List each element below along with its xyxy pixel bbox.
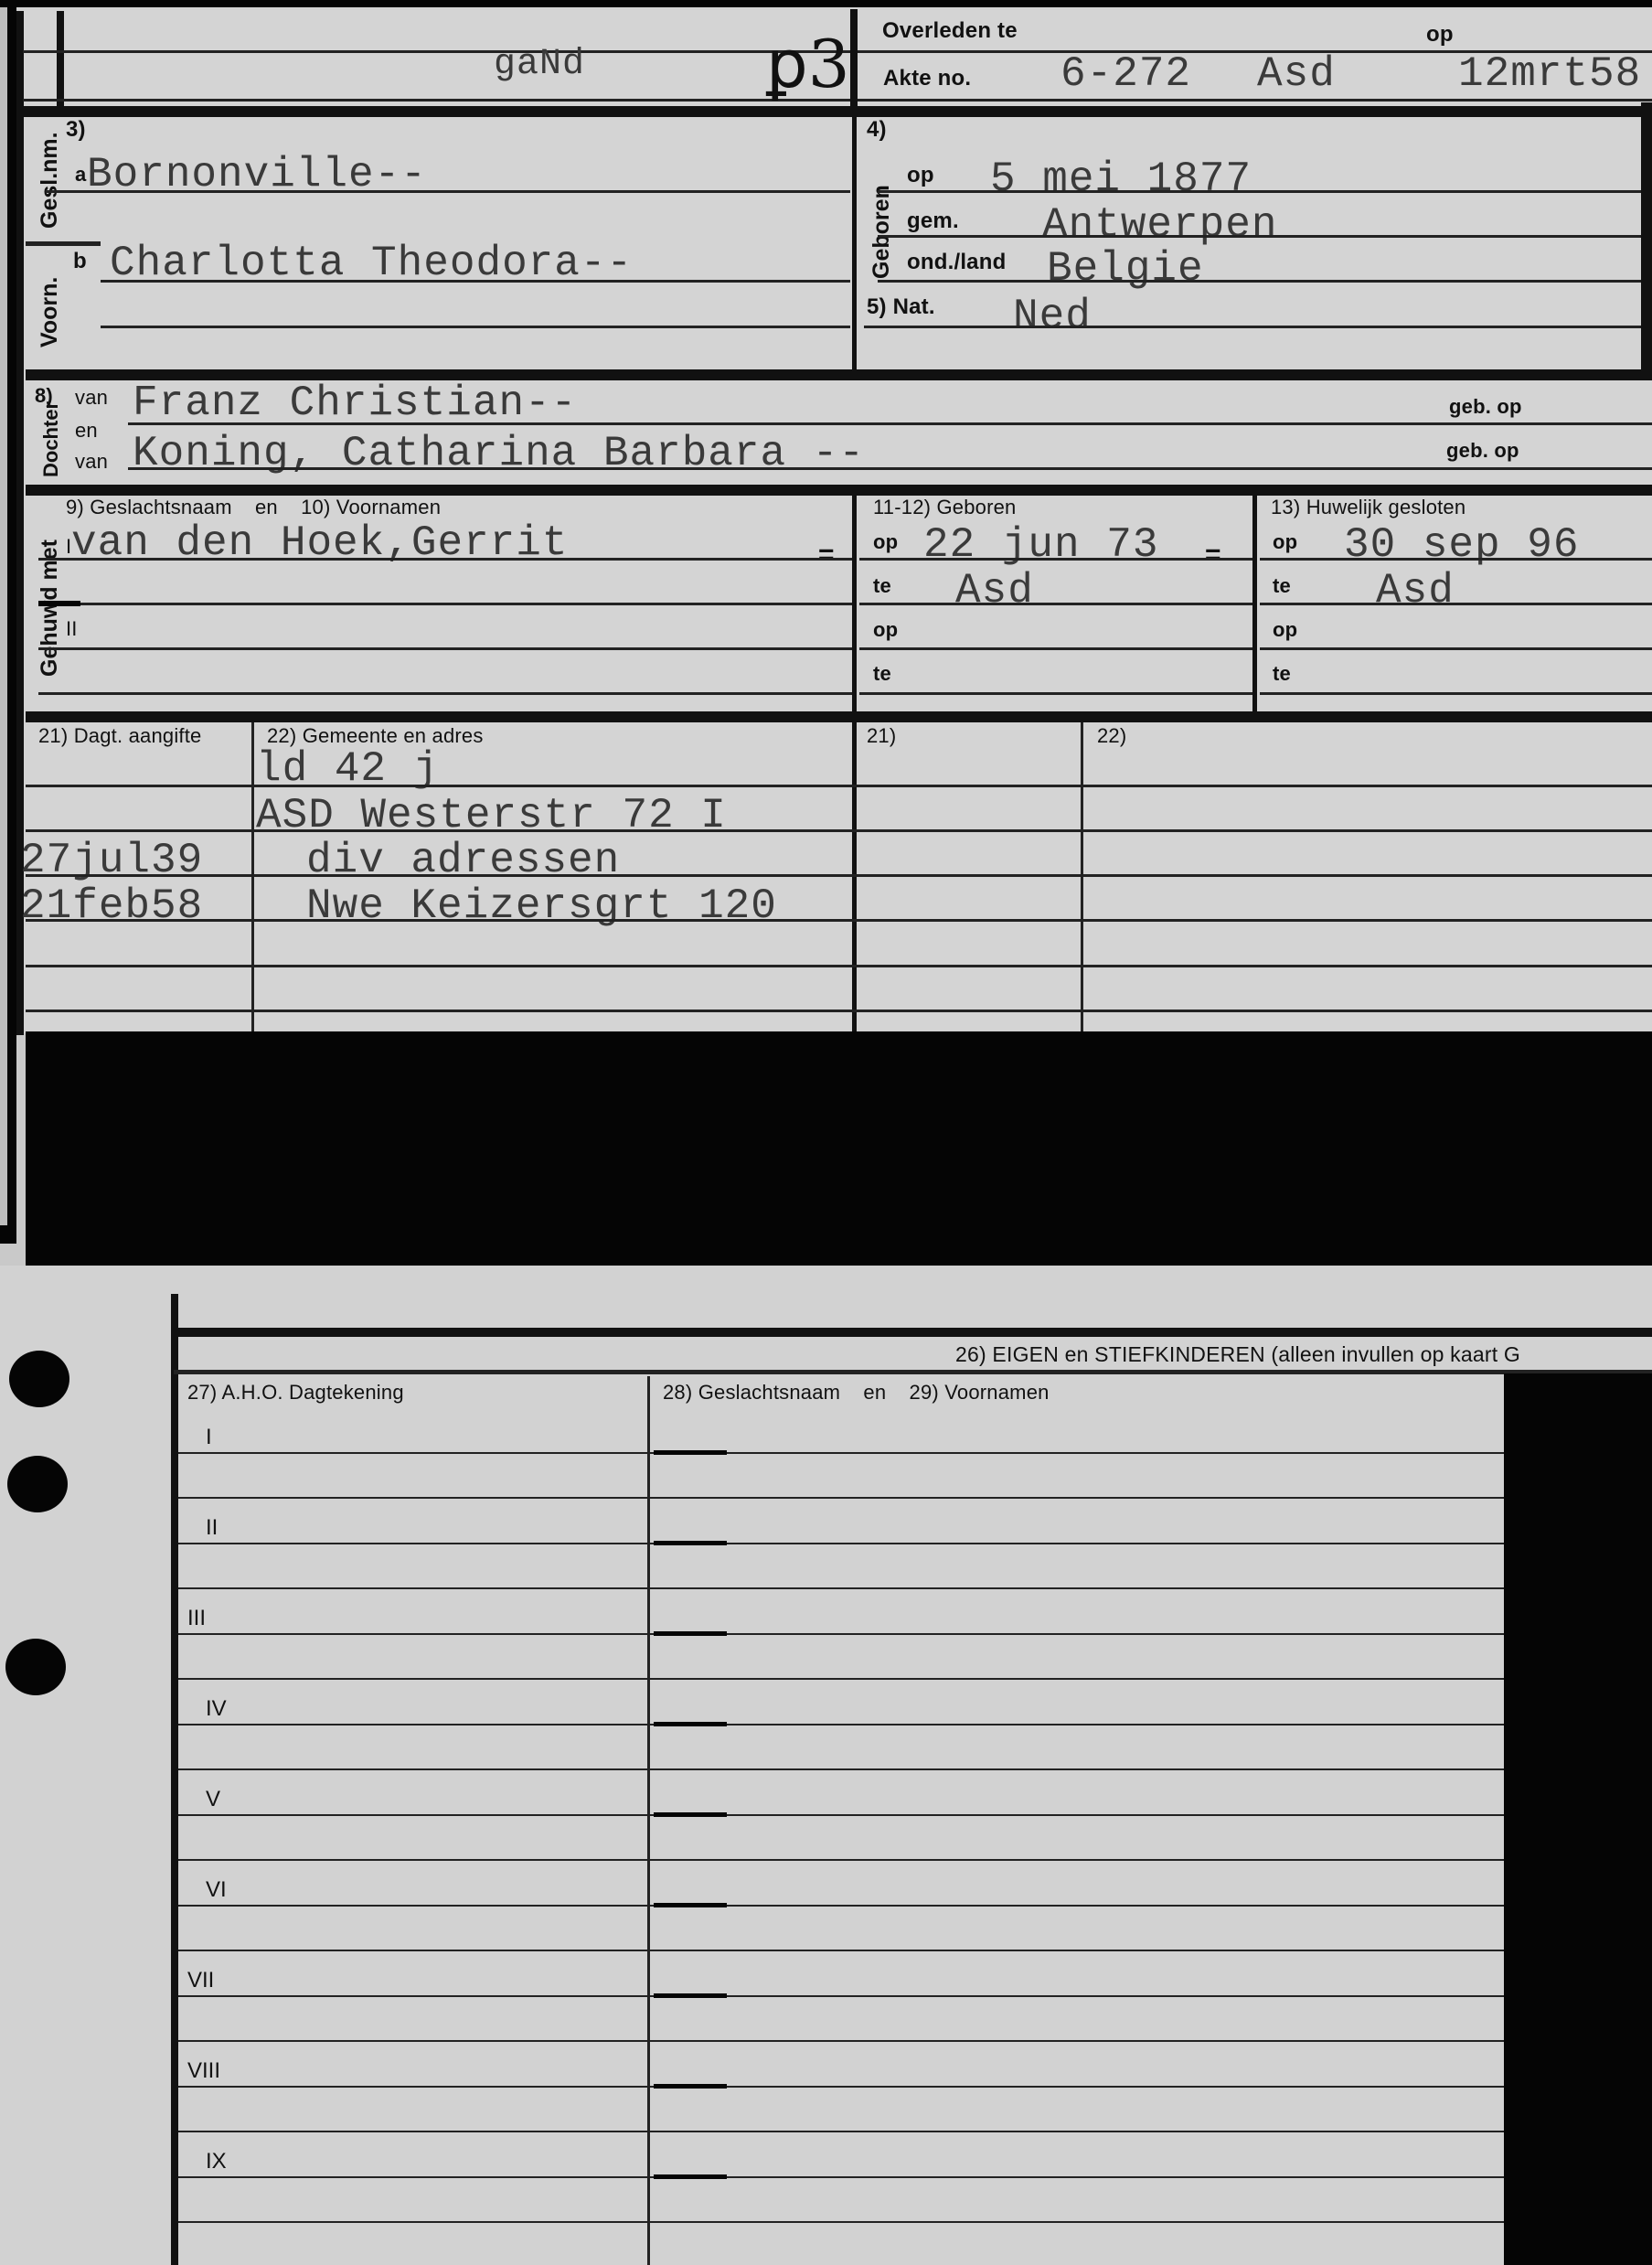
father-line — [128, 422, 1652, 425]
b-marker: b — [73, 249, 87, 274]
geb-op-label-2: geb. op — [1446, 439, 1519, 463]
person-birth-divider — [852, 113, 857, 374]
child-row-mark — [654, 1812, 727, 1817]
header-line-1 — [23, 50, 850, 53]
marriage-bottom-border — [26, 711, 1652, 722]
child-row-mark — [654, 1541, 727, 1545]
death-date: 12mrt58 — [1458, 50, 1641, 98]
spouse-birth-date: 22 jun 73 — [923, 521, 1158, 569]
birth-gem-line — [878, 235, 1641, 238]
child-row-mark — [654, 1993, 727, 1998]
surname-vertical-label: Gesl.nm. — [37, 132, 63, 229]
child-row-roman: II — [206, 1515, 218, 1541]
section-3-num: 3) — [66, 117, 86, 143]
child-row-mark — [654, 1722, 727, 1726]
firstnames-vertical-label: Voorn. — [37, 277, 63, 347]
born-op-label: op — [873, 530, 898, 554]
mother-name: Koning, Catharina Barbara -- — [133, 430, 865, 477]
child-row-line — [178, 1587, 1504, 1589]
child-row-roman: VIII — [187, 2058, 220, 2084]
spouse-birth-mark: = — [1205, 540, 1221, 571]
date-header: 21) Dagt. aangifte — [38, 724, 202, 748]
wed-te2-line — [1260, 692, 1652, 695]
handwritten-mark: ꝑ3 — [766, 26, 850, 102]
address-row-3: div adressen — [306, 837, 620, 884]
punch-hole-3 — [5, 1639, 66, 1695]
spouse-1-line — [38, 558, 852, 561]
spouse-names-header: 9) Geslachtsnaam en 10) Voornamen — [66, 496, 441, 519]
akte-number: 6-272 — [1060, 50, 1191, 98]
child-row-roman: III — [187, 1606, 206, 1631]
child-row-line — [178, 2131, 1504, 2132]
addr-line-6 — [26, 1010, 1652, 1012]
birth-date: 5 mei 1877 — [990, 155, 1252, 203]
van2-label: van — [75, 450, 108, 474]
child-row-line — [178, 1859, 1504, 1861]
mother-line — [128, 467, 1652, 470]
child-row-line — [178, 1724, 1504, 1725]
wed-te2-label: te — [1273, 662, 1291, 686]
birth-gem-label: gem. — [907, 208, 959, 234]
wed-op2-label: op — [1273, 618, 1297, 642]
child-row-line — [178, 1452, 1504, 1454]
section-8-num: 8) — [35, 384, 53, 408]
born-op2-label: op — [873, 618, 898, 642]
addr-line-2 — [26, 829, 1652, 832]
child-row-mark — [654, 2174, 727, 2179]
address-row-2: ASD Westerstr 72 I — [256, 792, 727, 839]
akte-label: Akte no. — [883, 66, 971, 91]
birth-land-line — [878, 280, 1641, 283]
child-row-roman: IV — [206, 1696, 227, 1722]
firstnames-line — [101, 280, 850, 283]
top-border — [0, 0, 1652, 7]
birth-right-border — [1641, 102, 1652, 369]
bottom-card-top-border — [174, 1328, 1652, 1337]
addr-line-1 — [26, 785, 1652, 787]
child-row-mark — [654, 1631, 727, 1636]
left-edge-light — [0, 0, 7, 1225]
overleden-label: Overleden te — [882, 18, 1018, 44]
birth-date-line — [878, 190, 1641, 193]
header-bar-mark — [57, 11, 64, 108]
person-divider — [26, 241, 101, 246]
punch-hole-2 — [7, 1456, 68, 1512]
wed-header: 13) Huwelijk gesloten — [1271, 496, 1465, 519]
geboren-vertical-label: Geboren — [869, 185, 895, 279]
father-name: Franz Christian-- — [133, 379, 577, 427]
birth-country: Belgie — [1047, 245, 1204, 293]
surname-line — [46, 190, 850, 193]
wed-op-line — [1260, 558, 1652, 561]
section-26-line — [174, 1370, 1652, 1374]
child-row-line — [178, 1814, 1504, 1816]
section-26-title: 26) EIGEN en STIEFKINDEREN (alleen invul… — [955, 1342, 1520, 1367]
spouse-2-line-2 — [38, 692, 852, 695]
born-te-label: te — [873, 574, 891, 598]
address-header-2: 22) — [1097, 724, 1126, 748]
header-bottom-border — [23, 106, 1652, 117]
birth-land-label: ond./land — [907, 250, 1006, 275]
date-header-2: 21) — [867, 724, 896, 748]
scan-gap — [26, 1031, 1652, 1266]
child-row-line — [178, 2176, 1504, 2178]
address-row-4: Nwe Keizersgrt 120 — [306, 882, 777, 930]
nationality: Ned — [1013, 293, 1092, 340]
op-label: op — [1426, 22, 1454, 48]
spouse-1-mark: = — [818, 540, 835, 571]
en-label: en — [75, 419, 98, 443]
spouse-birth-place: Asd — [955, 567, 1034, 614]
date-row-3: 27jul39 — [20, 837, 203, 884]
marriage-divider-1 — [852, 489, 857, 713]
child-row-mark — [654, 1450, 727, 1455]
child-row-line — [178, 1633, 1504, 1635]
card-code: gaNd — [494, 44, 585, 85]
bottom-card-left-border — [171, 1294, 178, 2265]
header-line-2 — [23, 99, 850, 101]
death-place: Asd — [1257, 50, 1336, 98]
child-row-line — [178, 1905, 1504, 1907]
a-marker: a — [75, 163, 86, 187]
addr-divider-3 — [1081, 722, 1083, 1033]
bottom-card — [0, 1266, 1652, 2265]
akte-line — [858, 99, 1652, 101]
header-divider — [850, 9, 858, 108]
dochter-vertical-label: Dochter — [39, 401, 63, 477]
spouse-divider-mark — [38, 601, 80, 606]
addr-line-3 — [26, 874, 1652, 877]
child-row-line — [178, 1678, 1504, 1680]
child-row-roman: V — [206, 1787, 220, 1812]
spouse-2-line — [38, 647, 852, 650]
spouse-1-line-2 — [38, 603, 852, 605]
birth-op-label: op — [907, 163, 934, 188]
born-op2-line — [859, 647, 1252, 650]
wed-place: Asd — [1376, 567, 1455, 614]
born-te2-line — [859, 692, 1252, 695]
bottom-right-mask — [1504, 1373, 1652, 2265]
addr-line-5 — [26, 965, 1652, 967]
born-te2-label: te — [873, 662, 891, 686]
child-row-line — [178, 2086, 1504, 2088]
nat-line — [864, 326, 1641, 328]
child-row-roman: VII — [187, 1968, 214, 1993]
wed-te-label: te — [1273, 574, 1291, 598]
wed-te-line — [1260, 603, 1652, 605]
child-row-mark — [654, 2084, 727, 2089]
child-row-line — [178, 2221, 1504, 2223]
child-row-line — [178, 1768, 1504, 1770]
section-4-num: 4) — [867, 117, 887, 143]
wed-date: 30 sep 96 — [1344, 521, 1579, 569]
parents-bottom-border — [26, 485, 1652, 496]
names-col-header: 28) Geslachtsnaam en 29) Voornamen — [663, 1381, 1050, 1405]
roman-2: II — [66, 617, 78, 641]
wed-op2-line — [1260, 647, 1652, 650]
child-row-line — [178, 1950, 1504, 1951]
addr-line-4 — [26, 919, 1652, 922]
born-te-line — [859, 603, 1252, 605]
born-header: 11-12) Geboren — [873, 496, 1017, 519]
child-row-roman: I — [206, 1425, 212, 1450]
punch-hole-1 — [9, 1351, 69, 1407]
date-col-header: 27) A.H.O. Dagtekening — [187, 1381, 404, 1405]
van1-label: van — [75, 386, 108, 410]
child-row-line — [178, 2040, 1504, 2042]
born-op-line — [859, 558, 1252, 561]
firstnames-line-2 — [101, 326, 850, 328]
child-row-line — [178, 1497, 1504, 1499]
nat-label: 5) Nat. — [867, 294, 935, 320]
birth-municipality: Antwerpen — [1042, 201, 1277, 249]
child-row-line — [178, 1543, 1504, 1544]
addr-divider-1 — [251, 722, 254, 1033]
child-row-line — [178, 1995, 1504, 1997]
geb-op-label-1: geb. op — [1449, 395, 1522, 419]
date-row-4: 21feb58 — [20, 882, 203, 930]
wed-op-label: op — [1273, 530, 1297, 554]
child-row-roman: IX — [206, 2149, 227, 2174]
marriage-divider-2 — [1252, 489, 1257, 713]
child-row-roman: VI — [206, 1877, 227, 1903]
child-row-mark — [654, 1903, 727, 1907]
